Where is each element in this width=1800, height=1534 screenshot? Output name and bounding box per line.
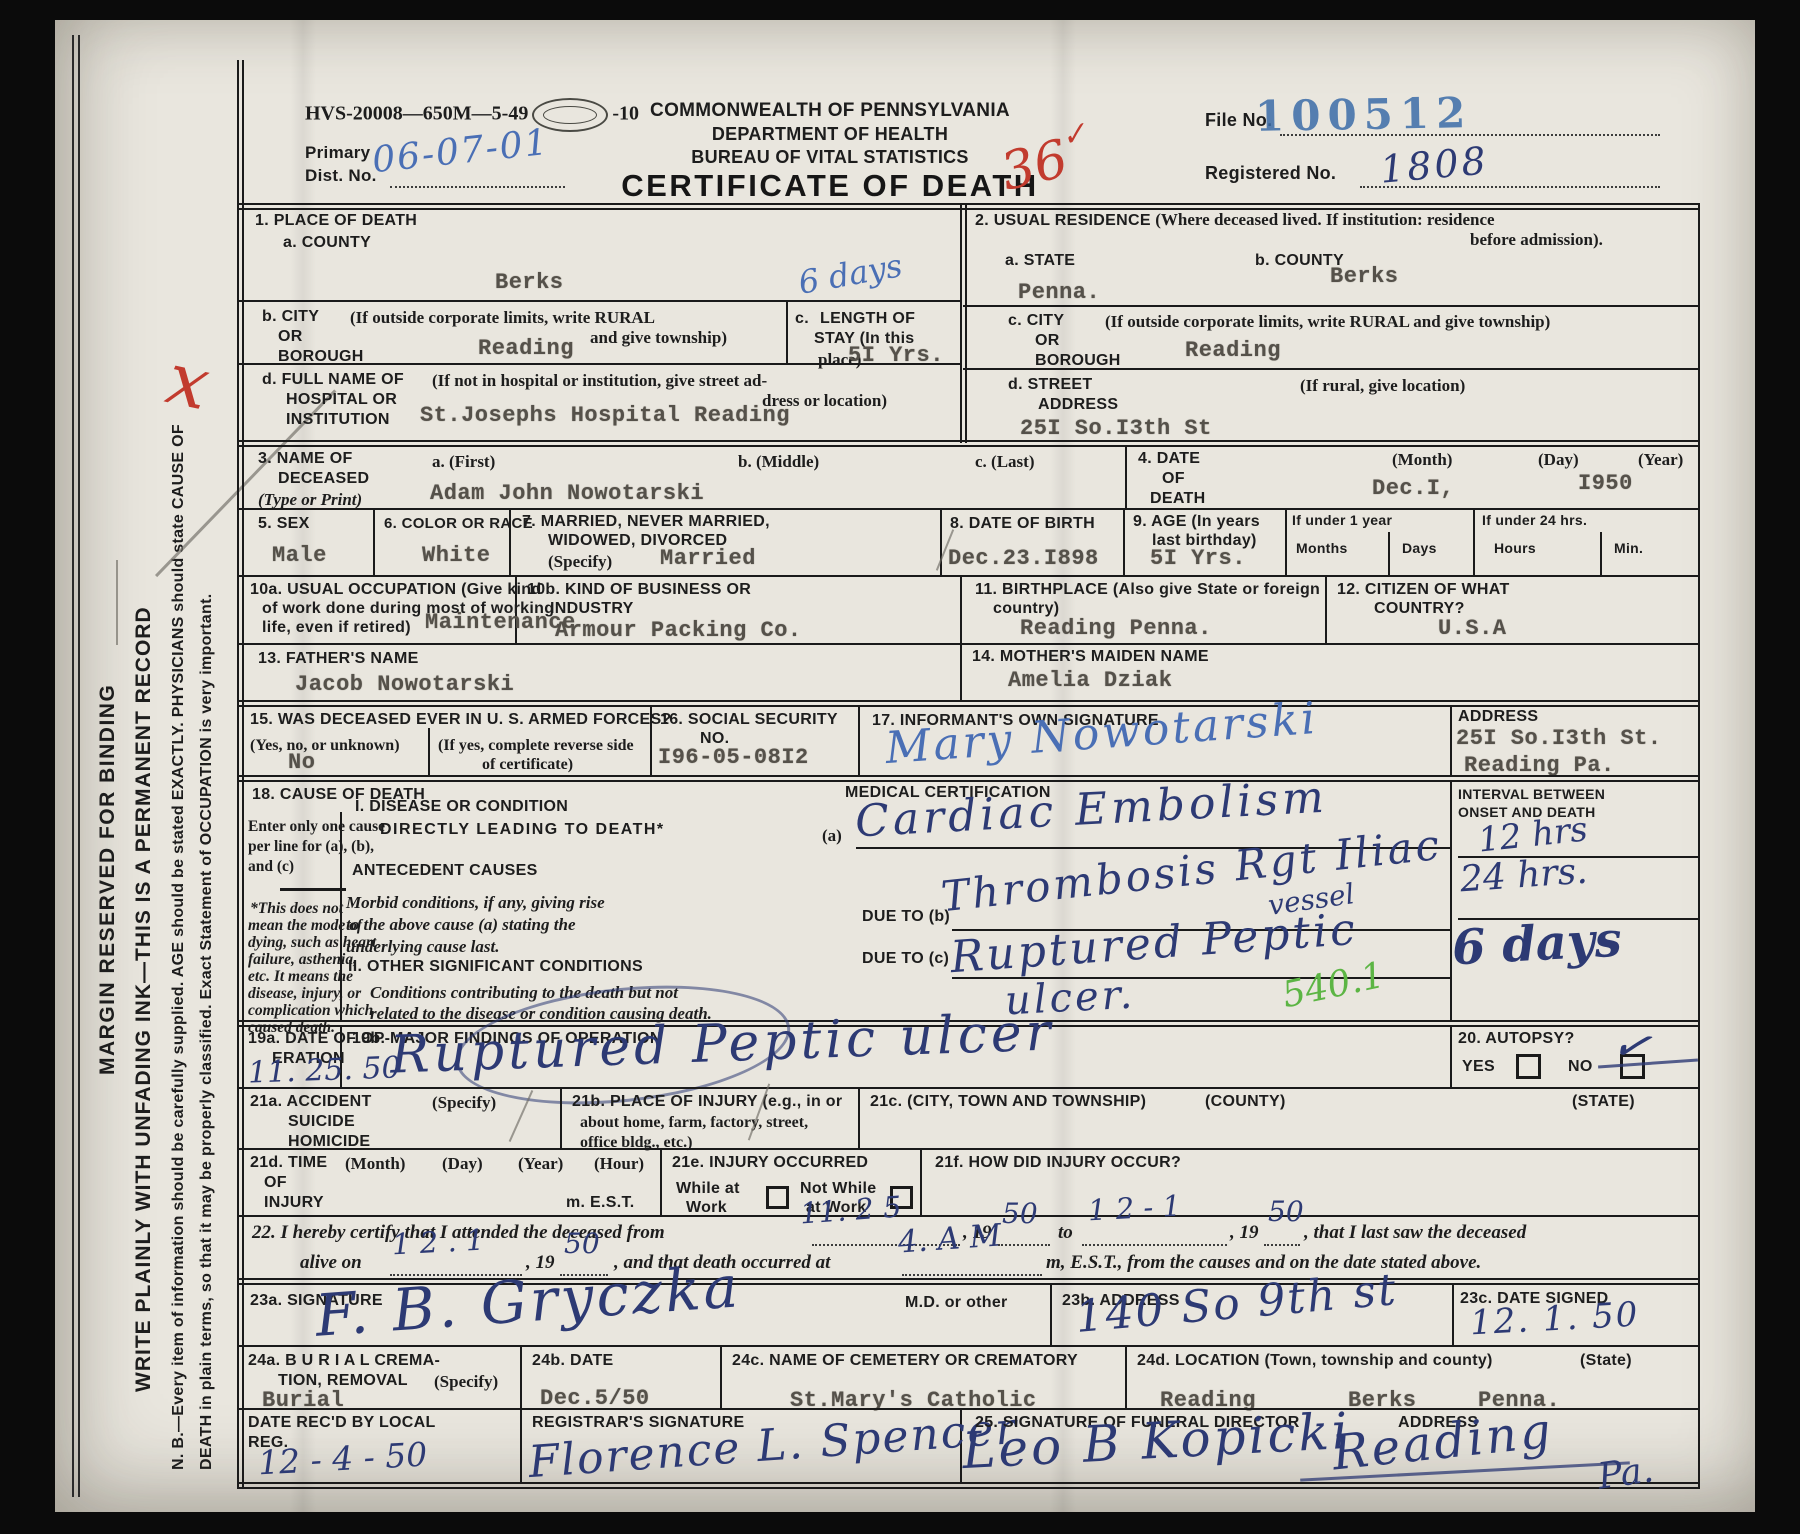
grid-line [1450,1025,1452,1087]
commonwealth-line: COMMONWEALTH OF PENNSYLVANIA [600,100,1060,122]
s18-a-tag: (a) [822,826,842,846]
s2-city-label: c. CITY [1008,312,1064,330]
s21d-day: (Day) [442,1154,483,1174]
grid-line [237,363,960,365]
s21c-state-label: (STATE) [1572,1093,1635,1111]
s21b-label2: about home, farm, factory, street, [580,1113,808,1132]
s7-specify-label: (Specify) [548,552,612,572]
s21d-est: m. E.S.T. [566,1194,635,1212]
s18-interval-c: 6 days [1451,916,1623,973]
s25-rec-label1: DATE REC'D BY LOCAL [248,1414,436,1432]
form-right-border [1698,203,1700,1488]
s18-morbid2: to the above cause (a) stating the [346,915,575,935]
s11-value: Reading Penna. [1020,618,1212,640]
grid-line [428,728,430,775]
s18-morbid3: underlying cause last. [346,937,500,957]
s21d-label2: OF [264,1174,287,1192]
s21e-label: 21e. INJURY OCCURRED [672,1154,868,1172]
grid-line [1450,780,1452,1020]
s11-title1: 11. BIRTHPLACE (Also give State or forei… [975,581,1320,599]
grid-line [963,305,1700,307]
s1-title: 1. PLACE OF DEATH [255,212,417,230]
form-left-border [237,60,244,1488]
grid-line [373,508,375,575]
grid-line [520,1408,522,1482]
grid-line [1050,1283,1052,1345]
s10b-title1: 10b. KIND OF BUSINESS OR [527,581,751,599]
rule [78,35,80,1497]
department-line: DEPARTMENT OF HEALTH [600,124,1060,145]
s20-yes-label: YES [1462,1058,1495,1076]
s3-last-label: c. (Last) [975,452,1034,472]
s18-star4: failure, asthenia, [248,951,357,970]
s18-star5: etc. It means the [248,968,353,987]
s22-to-date: 1 2 - 1 [1087,1192,1181,1226]
s2-title-text: 2. USUAL RESIDENCE [975,212,1151,229]
s21c-county-label: (COUNTY) [1205,1093,1286,1111]
s1-hospital-hint1: (If not in hospital or institution, give… [432,371,767,391]
grid-line [960,575,962,643]
note-divider [280,888,346,891]
s3-first-label: a. (First) [432,452,495,472]
blank-line [1264,1242,1300,1246]
s1-hospital-label1: d. FULL NAME OF [262,371,404,389]
s1-hospital-label3: INSTITUTION [286,411,390,429]
s21d-month: (Month) [345,1154,405,1174]
s2-title-hint: (Where deceased lived. If institution: r… [1155,210,1494,229]
s21d-label1: 21d. TIME [250,1154,327,1172]
s21d-label3: INJURY [264,1194,324,1212]
s15-hint2: (If yes, complete reverse side [438,736,634,755]
s7-value: Married [660,548,756,570]
s21d-year: (Year) [518,1154,563,1174]
s16-value: I96-05-08I2 [658,747,809,769]
s17-address-label: ADDRESS [1458,708,1538,726]
s24d-state-label: (State) [1580,1352,1632,1370]
grid-line [237,1148,1700,1150]
s18-note3: and (c) [248,858,294,877]
s8-value: Dec.23.I898 [948,548,1099,570]
s2-or-label: OR [1035,332,1060,350]
s4-year-value: I950 [1578,473,1633,495]
s10a-title1: 10a. USUAL OCCUPATION (Give kind [250,581,541,599]
form-number-text: HVS-20008—650M—5-49 [305,103,528,125]
s18-star7: complication which [248,1002,373,1021]
s18-star1: *This does not [250,900,343,919]
s9-under24-label: If under 24 hrs. [1482,512,1587,528]
file-no-stamp: 100512 [1255,88,1473,141]
s2-state-value: Penna. [1018,282,1100,304]
rule [72,35,74,1497]
s9-days-label: Days [1402,540,1437,556]
s15-value: No [288,752,315,774]
s6-title: 6. COLOR OR RACE [384,515,533,532]
s5-value: Male [272,545,327,567]
s4-title1: 4. DATE [1138,450,1200,468]
s18-morbid1: Morbid conditions, if any, giving rise [346,893,605,913]
grid-line [1473,508,1475,575]
funeral-director-address-tail: Pa. [1596,1452,1656,1495]
s18-note1: Enter only one cause [248,818,385,837]
form-top-border [237,203,1700,210]
s3-title1: 3. NAME OF [258,450,353,468]
s9-months-label: Months [1296,540,1348,556]
form-number: HVS-20008—650M—5-49-10 [305,98,639,132]
grid-line [1452,1283,1454,1345]
s2-city-value: Reading [1185,340,1281,362]
s10b-value: Armour Packing Co. [555,620,802,642]
s2-county-value: Berks [1330,266,1399,288]
s18-disease-label2: DIRECTLY LEADING TO DEATH* [380,821,665,839]
s22-text6: alive on [300,1252,362,1275]
s13-value: Jacob Nowotarski [295,674,514,696]
s24c-label: 24c. NAME OF CEMETERY OR CREMATORY [732,1352,1078,1370]
s22-death-time: 4. A M [897,1220,1002,1258]
s18-due-b-label: DUE TO (b) [862,908,950,926]
grid-line [940,508,942,575]
s18-disease-label1: I. DISEASE OR CONDITION [355,798,568,816]
s17-address-value1: 25I So.I3th St. [1456,728,1662,750]
s18-interval-b: 24 hrs. [1459,854,1589,899]
s1-city-hint2: and give township) [590,328,727,348]
date-received-value: 12 - 4 - 50 [257,1438,428,1480]
s15-title: 15. WAS DECEASED EVER IN U. S. ARMED FOR… [250,711,672,729]
grid-line [237,508,1700,510]
s22-text5: , that I last saw the deceased [1304,1222,1526,1245]
primary-label: Primary [305,143,370,163]
s24a-label1: 24a. B U R I A L CREMA- [248,1352,440,1370]
s2-city-hint: (If outside corporate limits, write RURA… [1105,312,1550,332]
s22-text3: to [1058,1222,1073,1245]
s18-note2: per line for (a), (b), [248,838,374,857]
grid-line [786,300,788,363]
s22-to-year: 50 [1268,1198,1304,1226]
s9-title1: 9. AGE (In years [1133,513,1260,531]
grid-line [560,1087,562,1148]
s3-name-value: Adam John Nowotarski [430,483,704,505]
s14-title: 14. MOTHER'S MAIDEN NAME [972,648,1209,666]
pencil-stroke [116,560,118,645]
s22-alive-date: 1 2 . 1 [391,1226,485,1260]
death-certificate-scan: MARGIN RESERVED FOR BINDING WRITE PLAINL… [0,0,1800,1534]
s1-stay-c: c. [795,310,809,328]
s1-city-hint1: (If outside corporate limits, write RURA… [350,308,655,328]
s7-title1: 7. MARRIED, NEVER MARRIED, [522,513,770,531]
grid-line [960,643,962,700]
s13-title: 13. FATHER'S NAME [258,650,419,668]
dist-no-label: Dist. No. [305,166,377,186]
s21a-specify: (Specify) [432,1093,496,1113]
s18-interval-label1: INTERVAL BETWEEN [1458,786,1605,802]
s22-from-date: 11. 2 5 [799,1192,902,1228]
grid-line [920,1148,922,1215]
s4-month-label: (Month) [1392,450,1452,470]
s22-alive-year: 50 [564,1230,600,1258]
s1-city-label: b. CITY [262,308,319,326]
grid-line [237,1215,1700,1217]
s23-md-label: M.D. or other [905,1294,1008,1312]
s5-title: 5. SEX [258,515,310,533]
s9-under1-label: If under 1 year [1292,512,1392,528]
s1-hospital-label2: HOSPITAL OR [286,391,397,409]
s18-due-c-label: DUE TO (c) [862,950,949,968]
grid-line [237,700,1700,707]
s4-monthday-value: Dec.I, [1372,478,1454,500]
s21a-label1: 21a. ACCIDENT [250,1093,372,1111]
s1-stay-label1: LENGTH OF [820,310,915,328]
s12-value: U.S.A [1438,618,1507,640]
margin-permanent-note: WRITE PLAINLY WITH UNFADING INK—THIS IS … [132,177,156,1392]
grid-line [963,368,1700,370]
grid-line [960,203,967,443]
blank-line [1082,1242,1227,1246]
s1-city-value: Reading [478,338,574,360]
dist-no-line [390,184,565,188]
s20-no-label: NO [1568,1058,1593,1076]
registered-no-value: 1808 [1379,141,1491,188]
s21a-label2: SUICIDE [288,1113,355,1131]
s1-or-label: OR [278,328,303,346]
grid-line [237,1345,1700,1347]
s21e-whileat: While at [676,1180,740,1198]
form-bottom-border [237,1482,1700,1489]
s22-text9: m, E.S.T., from the causes and on the da… [1046,1252,1481,1275]
registered-no-label: Registered No. [1205,163,1336,184]
s10a-title3: life, even if retired) [262,619,411,637]
s17-address-value2: Reading Pa. [1464,755,1615,777]
s21f-label: 21f. HOW DID INJURY OCCUR? [935,1154,1181,1172]
s6-value: White [422,545,491,567]
grid-line [660,1148,662,1215]
s9-hours-label: Hours [1494,540,1536,556]
grid-line [1285,508,1287,575]
s16-title1: 16. SOCIAL SECURITY [660,711,838,729]
s4-title2: OF [1162,470,1185,488]
s2-street-label1: d. STREET [1008,376,1092,394]
s22-from-year: 50 [1002,1200,1038,1228]
s14-value: Amelia Dziak [1008,670,1172,692]
s22-text4: , 19 [1230,1222,1259,1245]
s15-hint3: of certificate) [482,755,573,774]
s2-street-label2: ADDRESS [1038,396,1118,414]
grid-line [237,1087,1700,1089]
s4-year-label: (Year) [1638,450,1683,470]
s9-min-label: Min. [1614,540,1643,556]
s18-antecedent-label: ANTECEDENT CAUSES [352,862,538,880]
s1-hospital-value: St.Josephs Hospital Reading [420,405,790,427]
grid-line [237,440,1700,447]
s1-county-value: Berks [495,272,564,294]
grid-line [720,1345,722,1408]
s21b-label1: 21b. PLACE OF INJURY (e.g., in or [572,1093,842,1111]
grid-line [1325,575,1327,643]
grid-line [858,705,860,775]
s3-title2: DECEASED [278,470,369,488]
grid-line [237,300,960,302]
s24b-value: Dec.5/50 [540,1388,650,1410]
s18-star2: mean the mode of [248,917,362,936]
s2-street-hint: (If rural, give location) [1300,376,1465,396]
grid-line [1125,1345,1127,1408]
autopsy-yes-checkbox [1516,1054,1541,1079]
s2-state-label: a. STATE [1005,252,1075,270]
grid-line [237,575,1700,577]
s19a-value: 11. 25. 50 [248,1053,402,1088]
s1-county-label: a. COUNTY [283,234,371,252]
grid-line [858,1087,860,1148]
injury-while-at-work-checkbox [766,1186,789,1209]
s2-title-hint2: before admission). [1470,230,1603,250]
s15-hint1: (Yes, no, or unknown) [250,736,400,755]
s18-star6: disease, injury, or [248,985,361,1004]
grid-line [1125,445,1127,508]
s4-day-label: (Day) [1538,450,1579,470]
grid-line [1123,508,1125,575]
s9-value: 5I Yrs. [1150,548,1246,570]
s21c-label: 21c. (CITY, TOWN AND TOWNSHIP) [870,1093,1146,1111]
grid-line [520,1345,522,1408]
grid-line [237,775,1700,782]
bureau-line: BUREAU OF VITAL STATISTICS [600,147,1060,168]
certificate-title: CERTIFICATE OF DEATH [600,170,1060,201]
s4-title3: DEATH [1150,490,1205,508]
s8-title: 8. DATE OF BIRTH [950,515,1095,533]
s2-title: 2. USUAL RESIDENCE (Where deceased lived… [975,210,1495,230]
s24d-label: 24d. LOCATION (Town, township and county… [1137,1352,1493,1370]
s2-street-value: 25I So.I3th St [1020,418,1212,440]
s3-middle-label: b. (Middle) [738,452,819,472]
s12-title1: 12. CITIZEN OF WHAT [1337,581,1510,599]
grid-line [1600,532,1602,575]
s21d-hour: (Hour) [594,1154,644,1174]
s24a-specify: (Specify) [434,1372,498,1392]
s10b-title2: INDUSTRY [550,600,634,618]
grid-line [237,643,1700,645]
blank-line [998,1242,1050,1246]
date-signed-value: 12. 1. 50 [1469,1298,1640,1341]
s20-title: 20. AUTOPSY? [1458,1030,1575,1048]
blank-line [902,1272,1042,1276]
s18-other-label: II. OTHER SIGNIFICANT CONDITIONS [348,958,643,976]
grid-line [1450,705,1452,775]
grid-line [1388,532,1390,575]
s24b-label: 24b. DATE [532,1352,614,1370]
